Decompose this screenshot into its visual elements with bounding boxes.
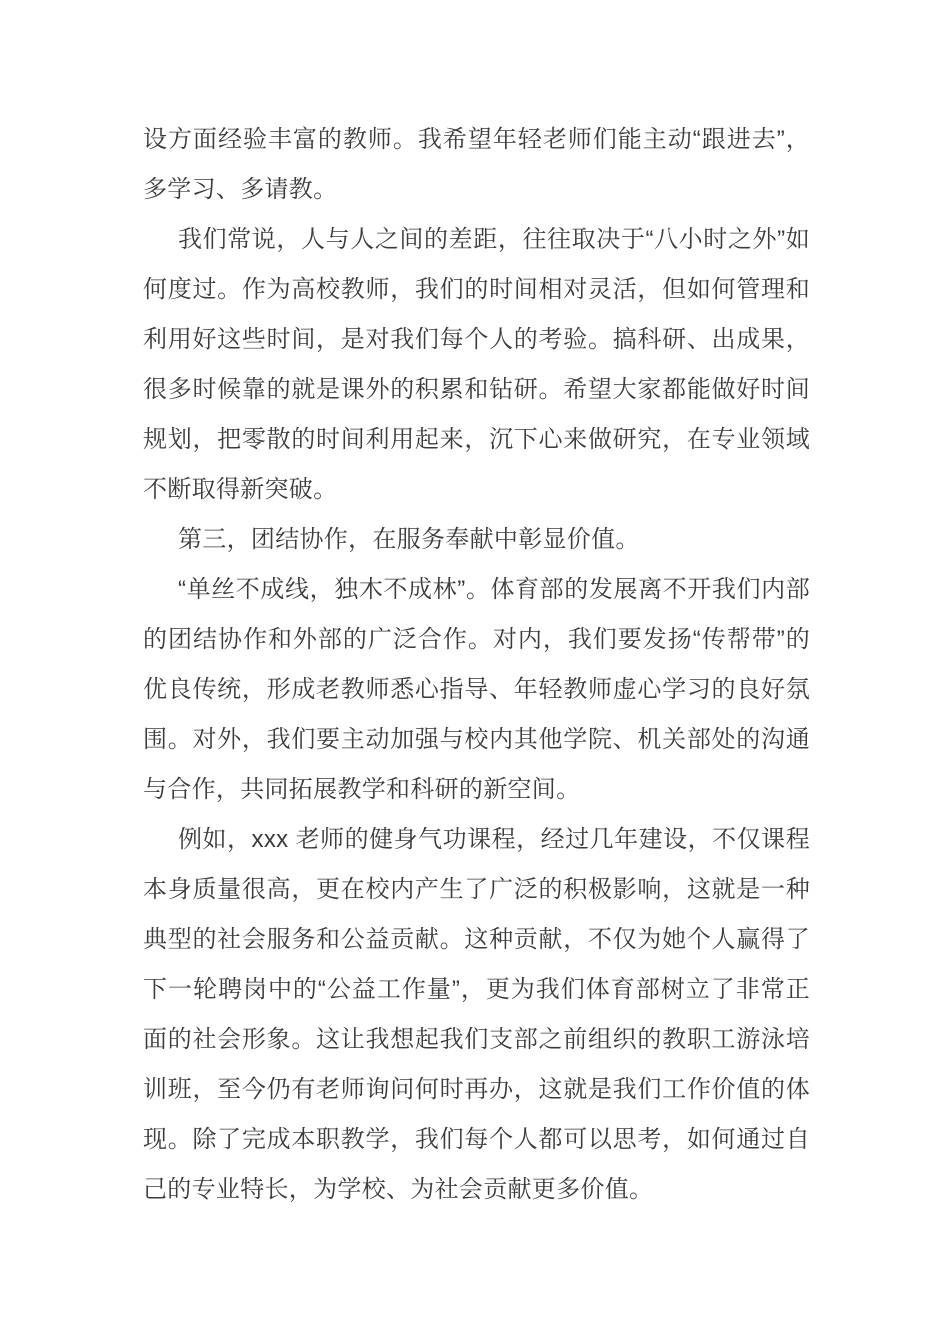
paragraph-continuation: 设方面经验丰富的教师。我希望年轻老师们能主动“跟进去”，多学习、多请教。	[143, 115, 810, 215]
paragraph-teamwork: “单丝不成线，独木不成林”。体育部的发展离不开我们内部的团结协作和外部的广泛合作…	[143, 565, 810, 815]
paragraph-example-qigong: 例如，xxx 老师的健身气功课程，经过几年建设，不仅课程本身质量很高，更在校内产…	[143, 815, 810, 1215]
document-page: 设方面经验丰富的教师。我希望年轻老师们能主动“跟进去”，多学习、多请教。 我们常…	[0, 0, 950, 1344]
paragraph-eight-hours: 我们常说，人与人之间的差距，往往取决于“八小时之外”如何度过。作为高校教师，我们…	[143, 215, 810, 515]
paragraph-heading-third-point: 第三，团结协作，在服务奉献中彰显价值。	[143, 515, 810, 565]
